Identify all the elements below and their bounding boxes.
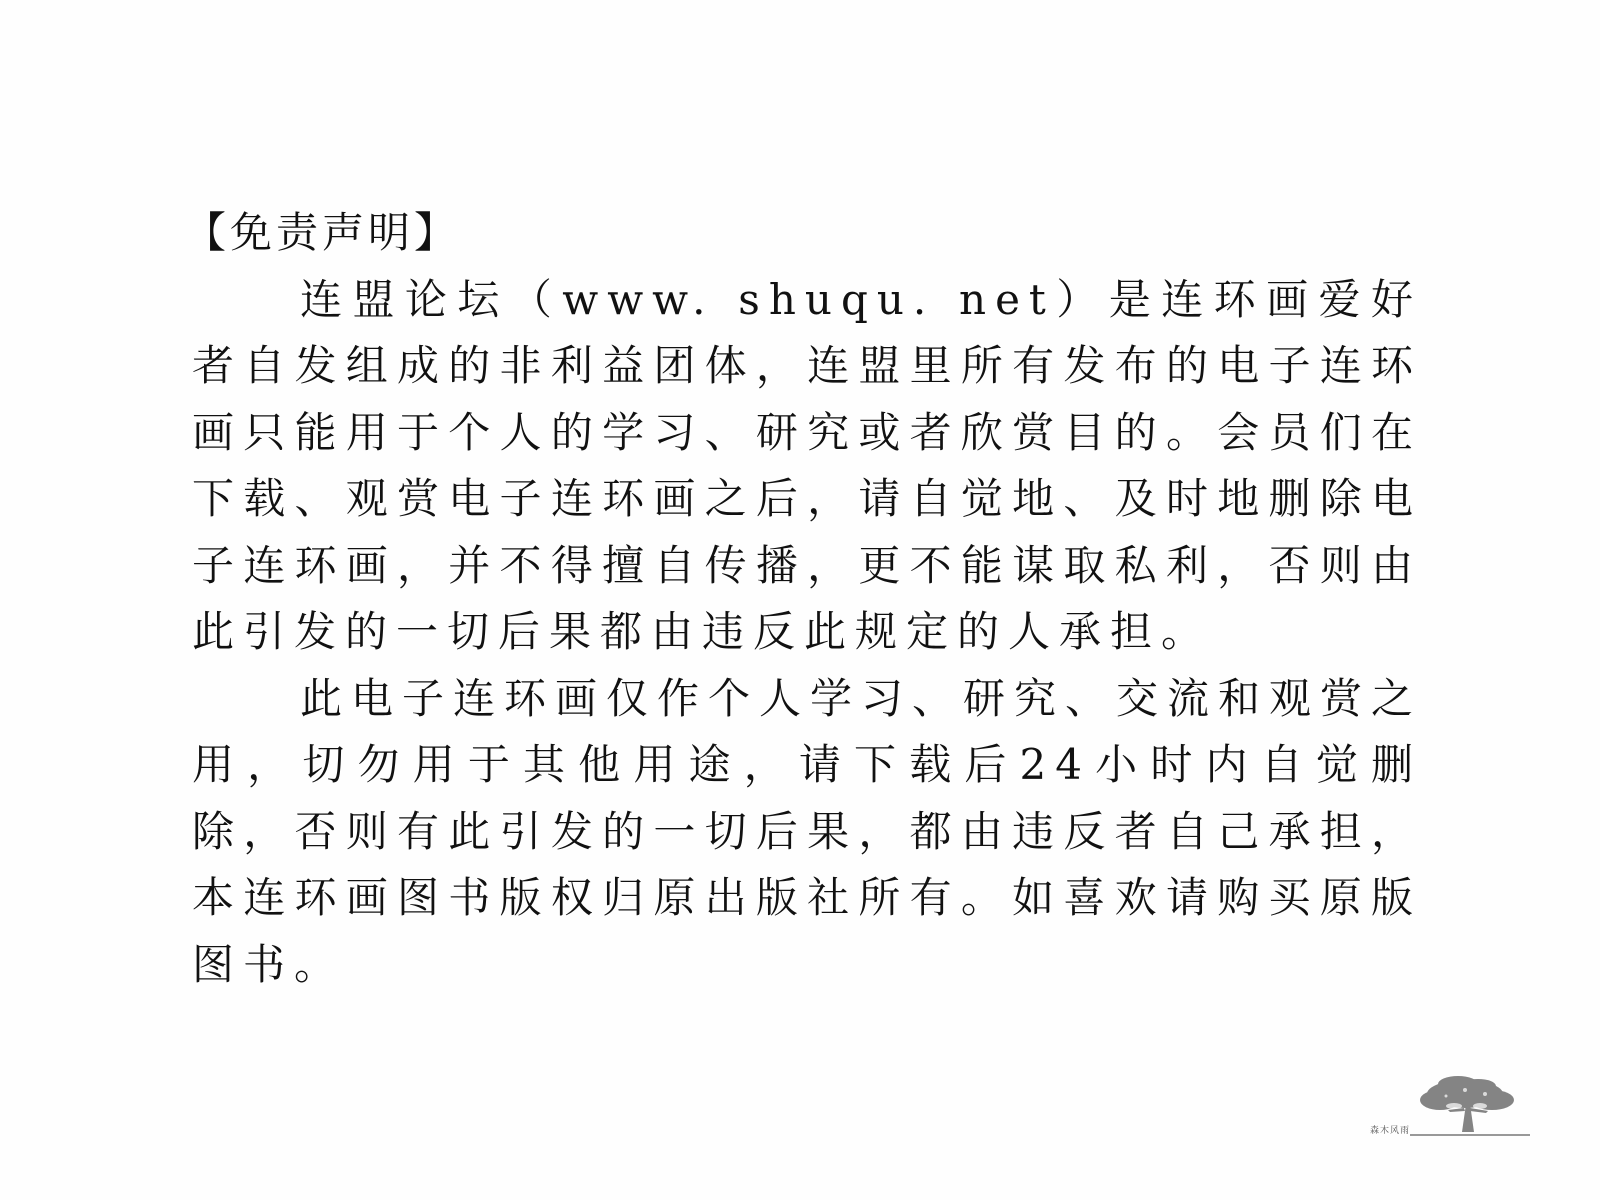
disclaimer-paragraph-1: 连盟论坛（www. shuqu. net）是连环画爱好者自发组成的非利益团体，连…	[192, 267, 1422, 666]
disclaimer-heading: 【免责声明】	[184, 200, 1422, 267]
disclaimer-paragraph-2: 此电子连环画仅作个人学习、研究、交流和观赏之用，切勿用于其他用途，请下载后24小…	[192, 666, 1422, 999]
publisher-logo: 森木风雨	[1370, 1070, 1530, 1140]
logo-text: 森木风雨	[1370, 1123, 1410, 1136]
logo-ground-line	[1410, 1134, 1530, 1136]
disclaimer-page: 【免责声明】 连盟论坛（www. shuqu. net）是连环画爱好者自发组成的…	[0, 0, 1600, 1200]
disclaimer-content: 【免责声明】 连盟论坛（www. shuqu. net）是连环画爱好者自发组成的…	[192, 200, 1422, 998]
